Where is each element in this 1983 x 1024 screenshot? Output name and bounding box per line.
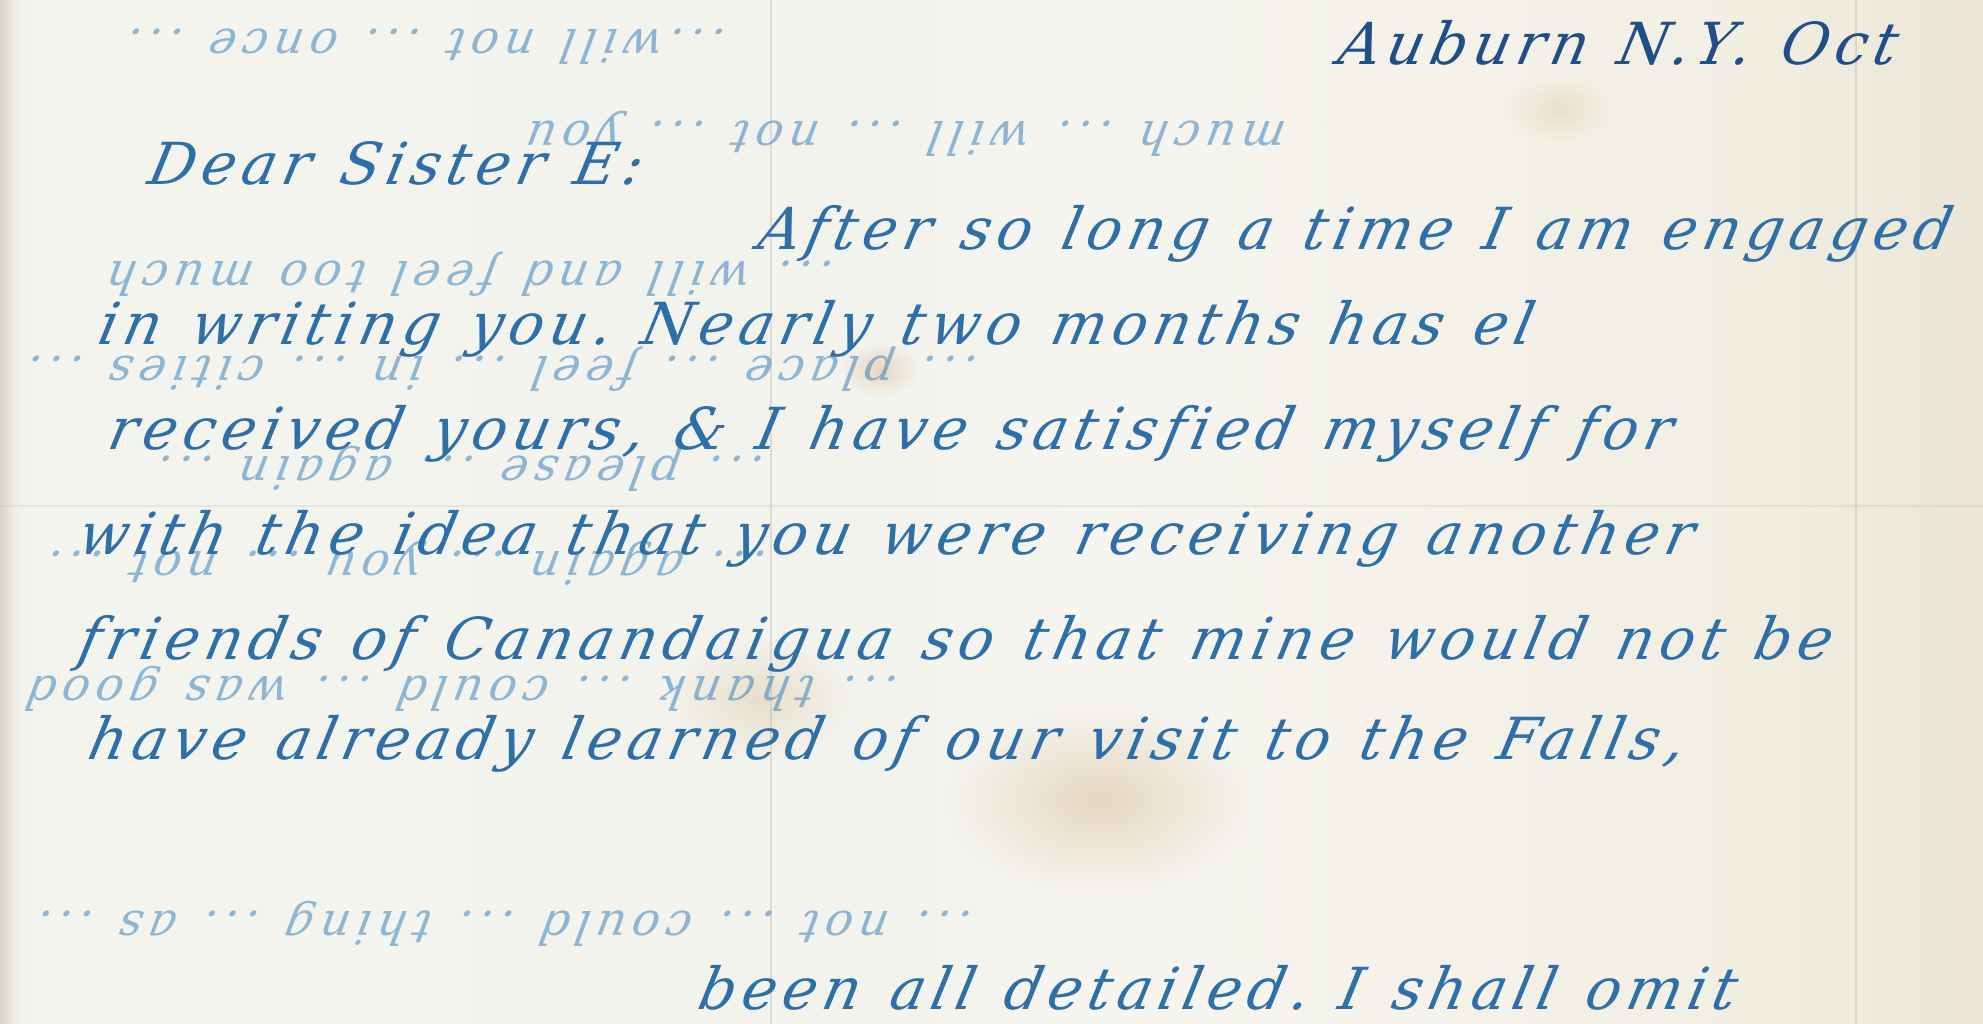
letter-salutation: Dear Sister E: (143, 130, 657, 198)
letter-text-line: friends of Canandaigua so that mine woul… (73, 605, 1846, 673)
letter-text-line: have already learned of our visit to the… (83, 705, 1698, 773)
fold-crease (1855, 0, 1857, 1024)
letter-text-line: in writing you. Nearly two months has el (93, 290, 1547, 358)
inverted-text-line: ... not ... could ... thing ... as ... (25, 900, 975, 954)
letter-dateline: Auburn N.Y. Oct (1333, 10, 1911, 78)
letter-text-line: been all detailed. I shall omit (693, 955, 1750, 1023)
paper-edge (0, 0, 14, 1024)
letter-text-line: with the idea that you were receiving an… (73, 500, 1707, 568)
letter-text-line: received yours, & I have satisfied mysel… (103, 395, 1686, 463)
letter-text-line: After so long a time I am engaged (753, 195, 1965, 263)
inverted-text-line: ...will not ... once ... (115, 18, 728, 72)
